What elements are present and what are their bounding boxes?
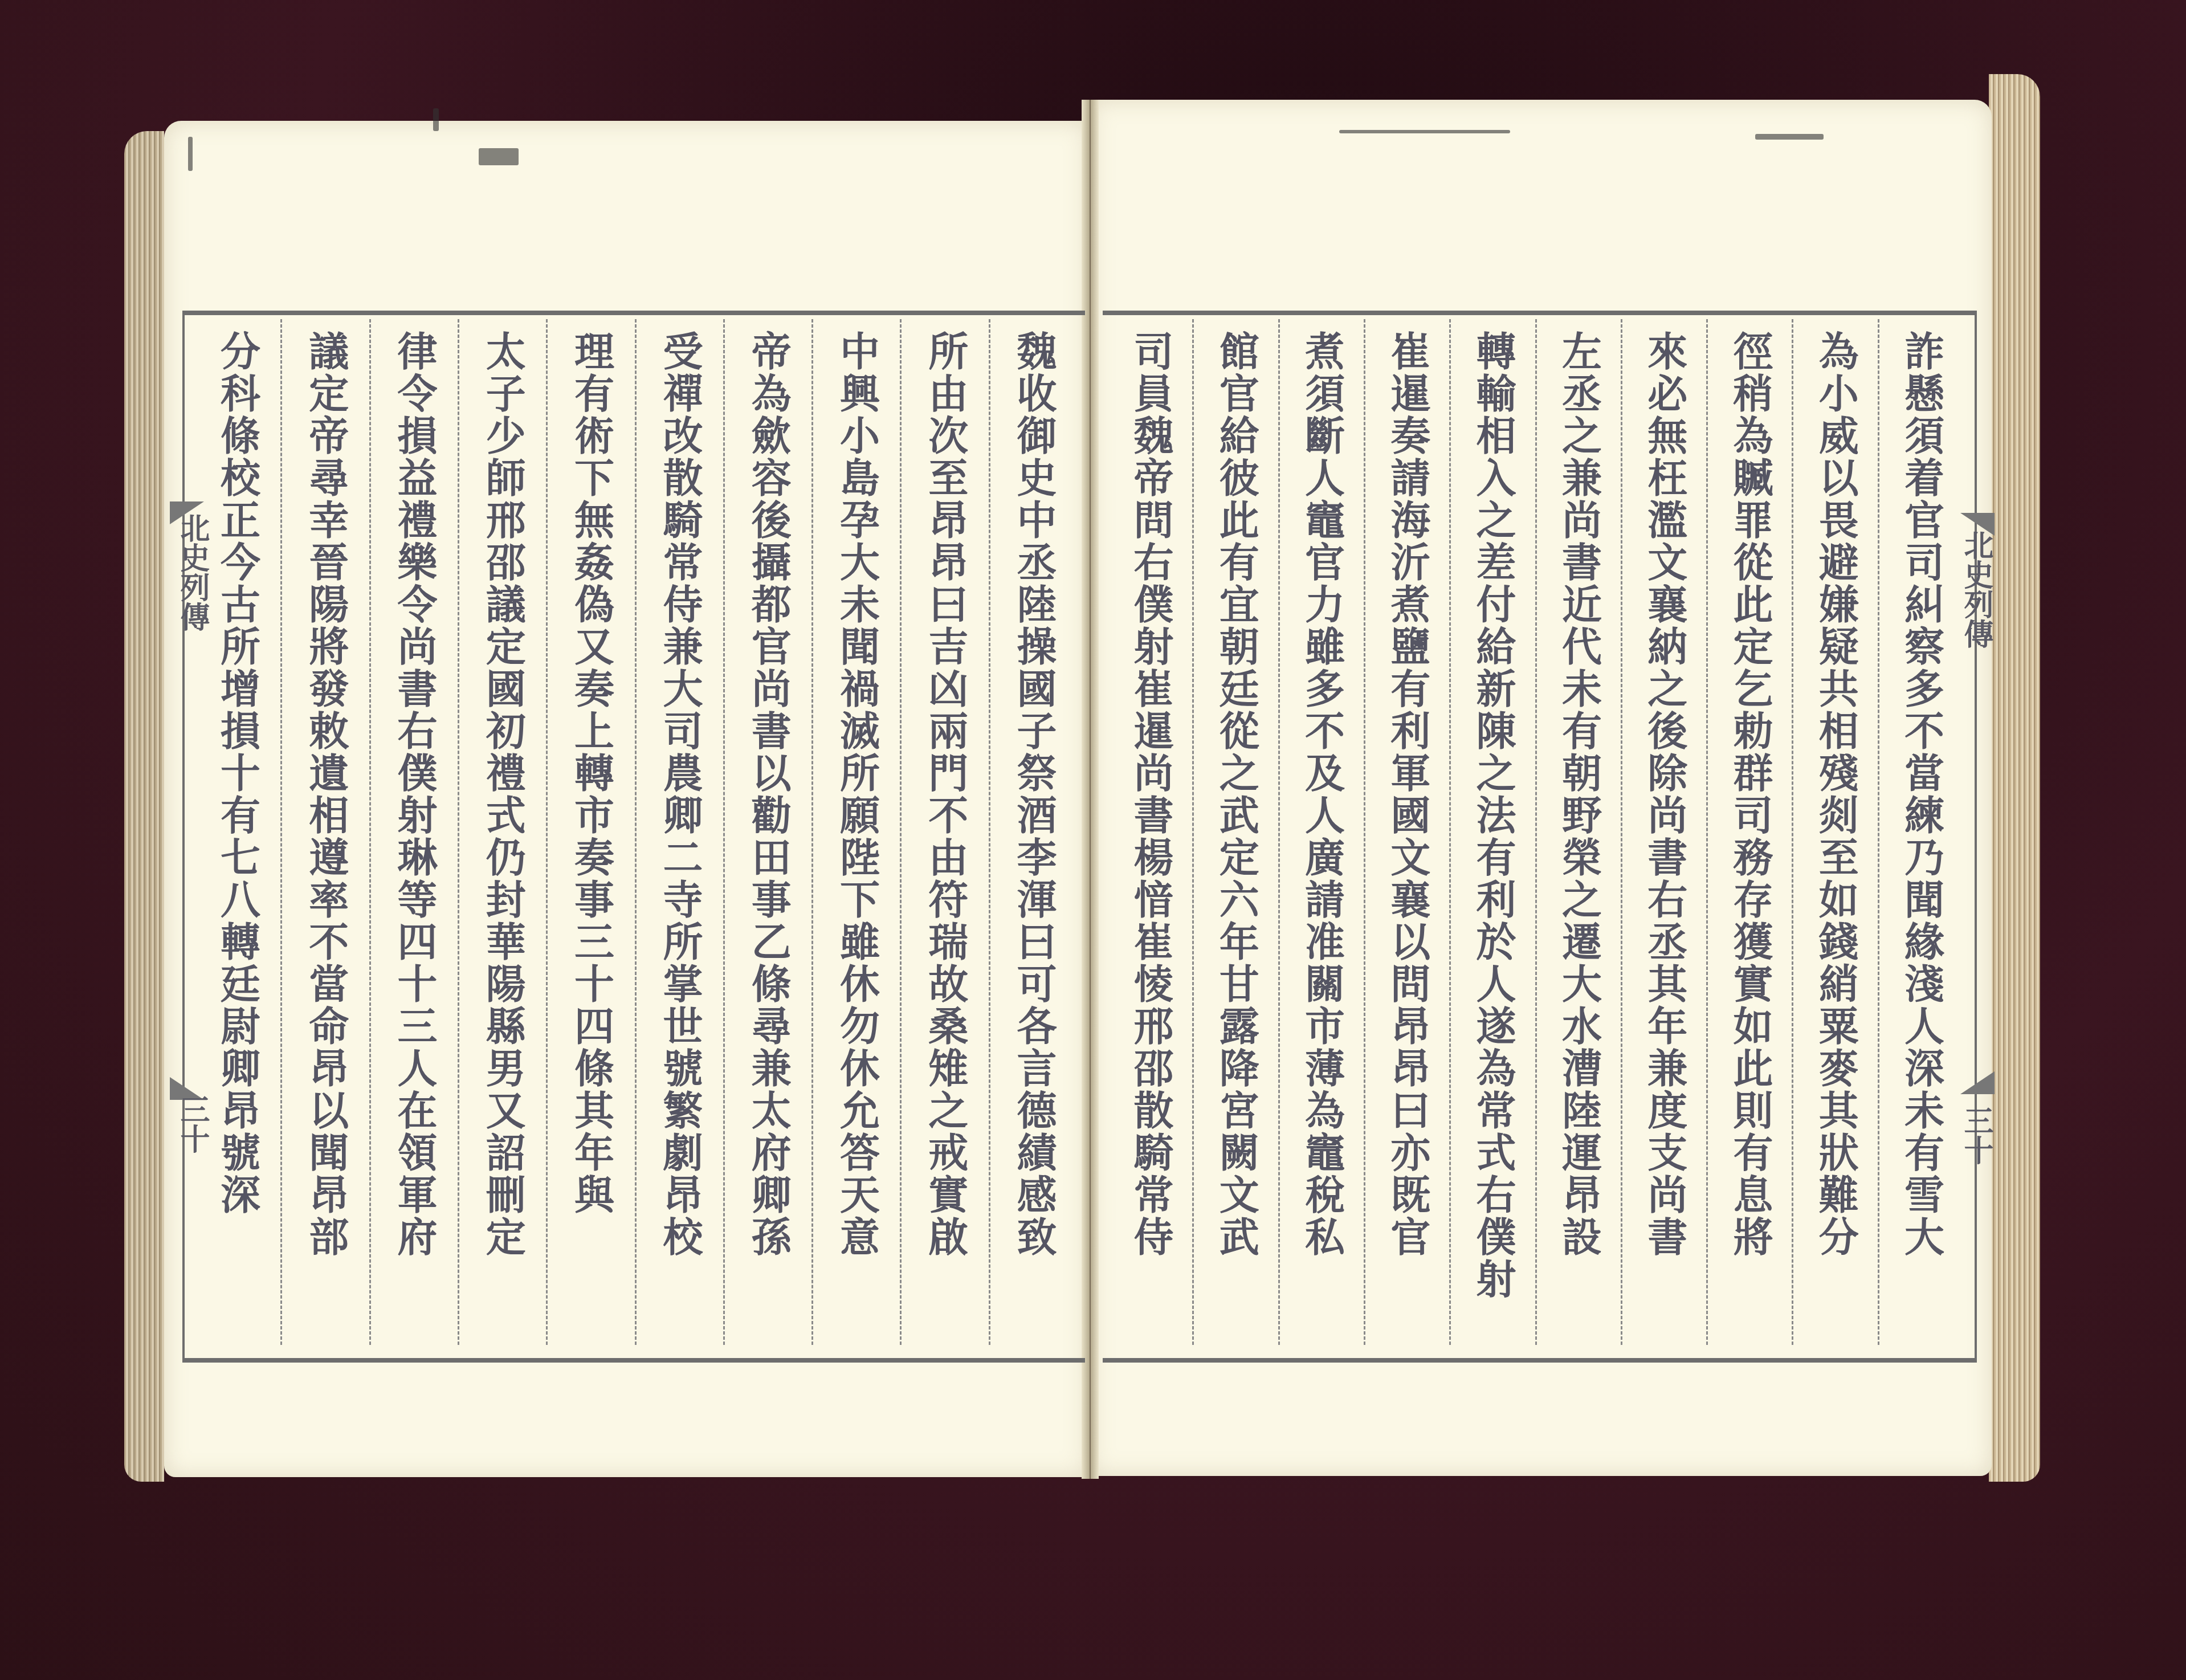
text-column: 所由次至昂昂曰吉凶兩門不由符瑞故桑雉之戒實啟 [900,319,988,1345]
text-column: 魏收御史中丞陸操國子祭酒李渾曰可各言德績感致 [989,319,1077,1345]
right-page-text: 詐懸須着官司糾察多不當練乃聞緣淺人深未有雪大 為小威以畏避嫌疑共相殘剡至如錢綃粟… [1108,319,1963,1345]
ink-smudge [1755,134,1824,140]
text-column: 太子少師邢邵議定國初禮式仍封華陽縣男又詔刪定 [458,319,546,1345]
column-text: 左丞之兼尚書近代未有朝野榮之遷大水漕陸運昂設 [1556,319,1602,1345]
text-column: 崔暹奏請海沂煮鹽有利軍國文襄以問昂昂曰亦既官 [1364,319,1449,1345]
text-column: 中興小島孕大未聞禍滅所願陛下雖休勿休允答天意 [811,319,900,1345]
column-text: 轉輸相入之差付給新陳之法有利於人遂為常式右僕射 [1470,319,1516,1345]
ink-smudge [1339,130,1510,133]
text-column: 左丞之兼尚書近代未有朝野榮之遷大水漕陸運昂設 [1535,319,1621,1345]
book-page-edges-left [124,131,164,1482]
text-column: 煮須斷人竈官力雖多不及人廣請准關市薄為竈稅私 [1278,319,1364,1345]
text-column: 為小威以畏避嫌疑共相殘剡至如錢綃粟麥其狀難分 [1792,319,1877,1345]
text-column: 理有術下無姦偽又奏上轉市奏事三十四條其年與 [546,319,634,1345]
text-column: 詐懸須着官司糾察多不當練乃聞緣淺人深未有雪大 [1878,319,1963,1345]
text-column: 司員魏帝問右僕射崔暹尚書楊愔崔㥄邢邵散騎常侍 [1108,319,1192,1345]
text-column: 轉輸相入之差付給新陳之法有利於人遂為常式右僕射 [1449,319,1535,1345]
text-column: 分科條校正今古所增損十有七八轉廷尉卿昂號深 [194,319,280,1345]
column-text: 館官給彼此有宜朝廷從之武定六年甘露降宮闕文武 [1213,319,1259,1345]
ink-smudge [479,148,519,165]
text-column: 徑稍為贓罪從此定乞勅群司務存獲實如此則有息將 [1706,319,1792,1345]
fishtail-mark-icon [1960,1071,1995,1094]
ink-smudge [188,137,193,171]
column-text: 司員魏帝問右僕射崔暹尚書楊愔崔㥄邢邵散騎常侍 [1127,319,1173,1345]
column-text: 太子少師邢邵議定國初禮式仍封華陽縣男又詔刪定 [480,319,526,1345]
column-text: 律令損益禮樂令尚書右僕射琳等四十三人在領軍府 [391,319,438,1345]
folio-number: 三十 [171,1094,214,1153]
banxin-title: 北史列傳 [1955,530,1997,649]
column-text: 分科條校正今古所增損十有七八轉廷尉卿昂號深 [214,319,260,1345]
text-column: 來必無枉濫文襄納之後除尚書右丞其年兼度支尚書 [1621,319,1706,1345]
column-text: 徑稍為贓罪從此定乞勅群司務存獲實如此則有息將 [1727,319,1773,1345]
left-page-text: 魏收御史中丞陸操國子祭酒李渾曰可各言德績感致 所由次至昂昂曰吉凶兩門不由符瑞故桑… [194,319,1077,1345]
column-text: 魏收御史中丞陸操國子祭酒李渾曰可各言德績感致 [1011,319,1057,1345]
column-text: 詐懸須着官司糾察多不當練乃聞緣淺人深未有雪大 [1898,319,1944,1345]
column-text: 理有術下無姦偽又奏上轉市奏事三十四條其年與 [568,319,614,1345]
text-column: 館官給彼此有宜朝廷從之武定六年甘露降宮闕文武 [1192,319,1278,1345]
column-text: 中興小島孕大未聞禍滅所願陛下雖休勿休允答天意 [834,319,880,1345]
ink-smudge [433,108,439,131]
column-text: 為小威以畏避嫌疑共相殘剡至如錢綃粟麥其狀難分 [1813,319,1859,1345]
column-text: 議定帝尋幸晉陽將發敕遺相遵率不當命昂以聞昂部 [303,319,349,1345]
book-page-edges-right [1989,74,2040,1482]
text-column: 受禪改散騎常侍兼大司農卿二寺所掌世號繁劇昂校 [635,319,723,1345]
text-column: 帝為歛容後攝都官尚書以勸田事乙條尋兼太府卿孫 [723,319,811,1345]
text-column: 律令損益禮樂令尚書右僕射琳等四十三人在領軍府 [369,319,458,1345]
column-text: 來必無枉濫文襄納之後除尚書右丞其年兼度支尚書 [1641,319,1687,1345]
column-text: 煮須斷人竈官力雖多不及人廣請准關市薄為竈稅私 [1299,319,1345,1345]
banxin-title: 北史列傳 [171,513,214,631]
text-column: 議定帝尋幸晉陽將發敕遺相遵率不當命昂以聞昂部 [280,319,369,1345]
column-text: 受禪改散騎常侍兼大司農卿二寺所掌世號繁劇昂校 [656,319,703,1345]
column-text: 帝為歛容後攝都官尚書以勸田事乙條尋兼太府卿孫 [745,319,792,1345]
column-text: 所由次至昂昂曰吉凶兩門不由符瑞故桑雉之戒實啟 [922,319,968,1345]
column-text: 崔暹奏請海沂煮鹽有利軍國文襄以問昂昂曰亦既官 [1384,319,1430,1345]
folio-number: 三十 [1955,1106,1997,1165]
